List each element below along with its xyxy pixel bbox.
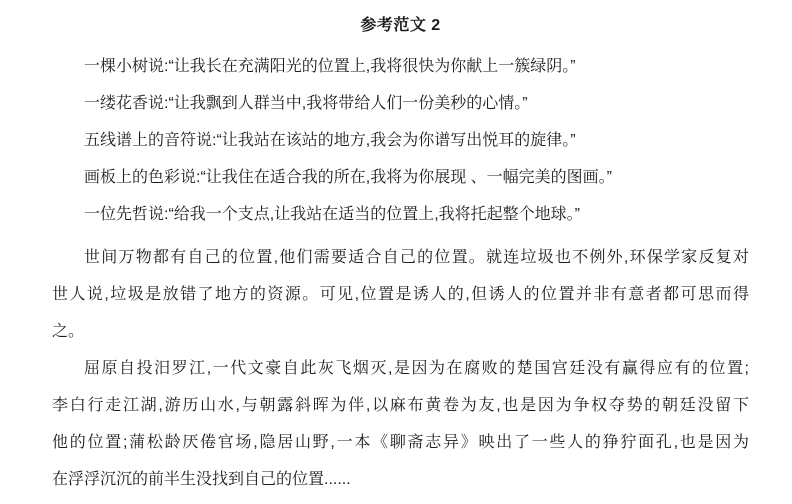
quote-line-music-note: 五线谱上的音符说:“让我站在该站的地方,我会为你谱写出悦耳的旋律。” [52, 122, 749, 159]
text-line: 他的位置;蒲松龄厌倦官场,隐居山野,一本《聊斋志异》映出了一些人的狰狞面孔,也是… [52, 424, 749, 461]
text-line: 世间万物都有自己的位置,他们需要适合自己的位置。就连垃圾也不例外,环保学家反复对 [52, 239, 749, 276]
paragraph-everything-has-position: 世间万物都有自己的位置,他们需要适合自己的位置。就连垃圾也不例外,环保学家反复对… [52, 239, 749, 350]
text-line: 屈原自投汨罗江,一代文豪自此灰飞烟灭,是因为在腐败的楚国宫廷没有赢得应有的位置; [52, 350, 749, 387]
text-line: 在浮浮沉沉的前半生没找到自己的位置...... [52, 461, 749, 498]
text-line: 之。 [52, 313, 749, 350]
quote-line-flower-scent: 一缕花香说:“让我飘到人群当中,我将带给人们一份美秒的心情。” [52, 85, 749, 122]
quote-line-philosopher: 一位先哲说:“给我一个支点,让我站在适当的位置上,我将托起整个地球。” [52, 196, 749, 233]
document-page: 参考范文 2 一棵小树说:“让我长在充满阳光的位置上,我将很快为你献上一簇绿阴。… [0, 0, 792, 504]
quote-line-palette-color: 画板上的色彩说:“让我住在适合我的所在,我将为你展现 、一幅完美的图画。” [52, 159, 749, 196]
document-title: 参考范文 2 [52, 14, 749, 38]
document-body: 一棵小树说:“让我长在充满阳光的位置上,我将很快为你献上一簇绿阴。” 一缕花香说… [52, 48, 749, 498]
quote-line-small-tree: 一棵小树说:“让我长在充满阳光的位置上,我将很快为你献上一簇绿阴。” [52, 48, 749, 85]
text-line: 世人说,垃圾是放错了地方的资源。可见,位置是诱人的,但诱人的位置并非有意者都可思… [52, 276, 749, 313]
text-line: 李白行走江湖,游历山水,与朝露斜晖为伴,以麻布黄卷为友,也是因为争权夺势的朝廷没… [52, 387, 749, 424]
paragraph-historical-examples: 屈原自投汨罗江,一代文豪自此灰飞烟灭,是因为在腐败的楚国宫廷没有赢得应有的位置;… [52, 350, 749, 498]
